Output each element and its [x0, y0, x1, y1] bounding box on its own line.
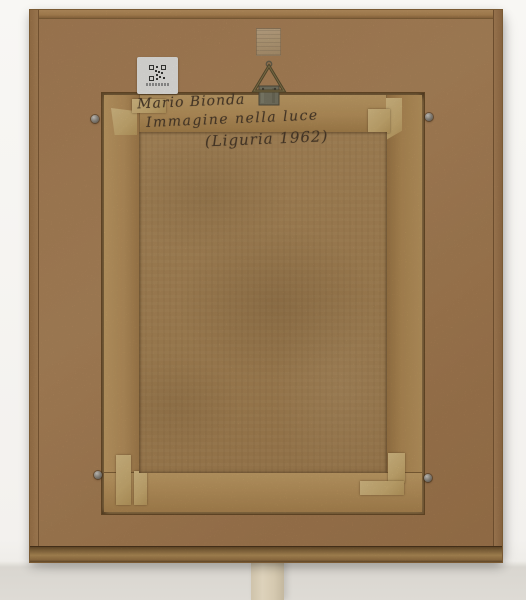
easel-upright	[251, 558, 284, 600]
stretcher-corner-block-bottom-left	[134, 471, 147, 505]
stretcher-corner-block-top-left	[132, 99, 166, 113]
stretcher-bar-right	[386, 95, 422, 512]
photo-back-of-framed-painting: Mario Bionda Immagine nella luce (Liguri…	[0, 0, 526, 600]
frame-right-edge-strip	[493, 10, 502, 562]
frame-top-edge-strip	[30, 10, 502, 19]
stretcher-corner-block-top-right	[368, 109, 390, 133]
canvas-back	[139, 132, 387, 473]
qr-inventory-sticker	[137, 57, 178, 94]
screw-icon	[425, 113, 433, 121]
frame-bottom-rail	[30, 546, 502, 562]
stretcher-corner-block-bottom-right	[360, 481, 404, 495]
frame-left-edge-strip	[30, 10, 39, 562]
screw-icon	[91, 115, 99, 123]
screw-icon	[424, 474, 432, 482]
screw-icon	[94, 471, 102, 479]
faded-paper-label	[256, 28, 281, 56]
frame-opening-recess	[101, 92, 425, 515]
stretcher-bar-left	[104, 95, 140, 512]
hanging-hook-icon	[245, 58, 293, 108]
stretcher-corner-key-bottom-left	[116, 455, 131, 505]
qr-code-icon	[149, 65, 166, 81]
qr-caption-tiny-text	[146, 83, 170, 86]
stretcher-corner-key-bottom-right	[388, 453, 405, 483]
